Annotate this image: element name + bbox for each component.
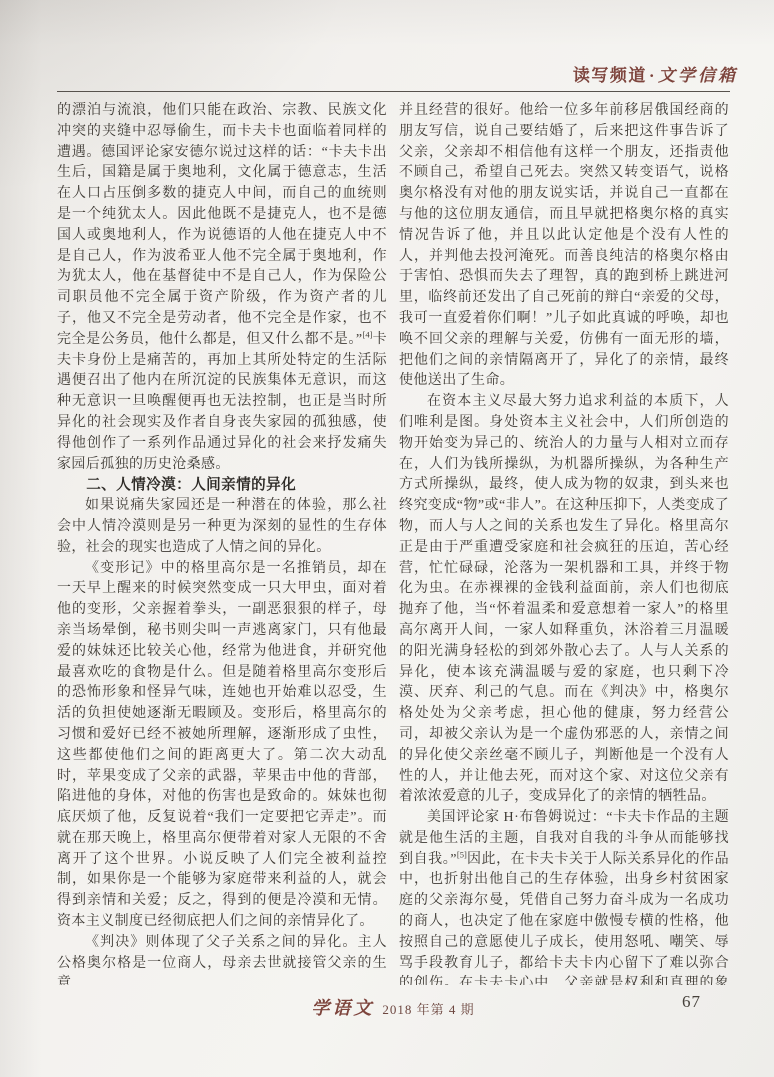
paragraph: 《变形记》中的格里高尔是一名推销员，却在一天早上醒来的时候突然变成一只大甲虫，面…	[57, 559, 387, 933]
article-body: 的漂泊与流浪，他们只能在政治、宗教、民族文化冲突的夹缝中忍辱偷生，而卡夫卡也面临…	[57, 101, 729, 985]
paragraph-text: 卡夫卡身份上是痛苦的，再加上其所处特定的生活际遇便召出了他内在所沉淀的民族集体无…	[57, 332, 387, 472]
journal-logo: 学语文	[311, 998, 374, 1019]
section-heading: 二、人情冷漠：人间亲情的异化	[57, 475, 387, 496]
journal-imprint: 学语文2018 年第 4 期	[57, 994, 729, 1020]
page-number: 67	[682, 992, 701, 1012]
paragraph-continuation-left: 的漂泊与流浪，他们只能在政治、宗教、民族文化冲突的夹缝中忍辱偷生，而卡夫卡也面临…	[57, 101, 387, 475]
right-column: 并且经营的很好。他给一位多年前移居俄国经商的朋友写信，说自己要结婚了，后来把这件…	[399, 101, 729, 985]
paragraph-continuation-right: 并且经营的很好。他给一位多年前移居俄国经商的朋友写信，说自己要结婚了，后来把这件…	[399, 101, 729, 392]
column-title: 文学信箱	[658, 66, 738, 86]
paragraph-text: 的漂泊与流浪，他们只能在政治、宗教、民族文化冲突的夹缝中忍辱偷生，而卡夫卡也面临…	[57, 103, 387, 347]
header-divider	[57, 91, 730, 92]
header-separator: ·	[647, 66, 658, 85]
paragraph: 在资本主义尽最大努力追求利益的本质下，人们唯利是图。身处资本主义社会中，人们所创…	[399, 392, 729, 808]
page-footer: 学语文2018 年第 4 期 67	[57, 994, 729, 1018]
citation-marker-5: [5]	[457, 849, 467, 859]
left-column: 的漂泊与流浪，他们只能在政治、宗教、民族文化冲突的夹缝中忍辱偷生，而卡夫卡也面临…	[57, 101, 387, 985]
paragraph-text: 因此，在卡夫卡关于人际关系异化的作品中，也折射出他自己的生存体验，出身乡村贫困家…	[399, 852, 729, 985]
citation-marker-4: [4]	[363, 329, 373, 339]
paragraph: 《判决》则体现了父子关系之间的异化。主人公格奥尔格是一位商人，母亲去世就接管父亲…	[57, 933, 387, 985]
paragraph: 美国评论家 H·布鲁姆说过：“卡夫卡作品的主题就是他生活的主题，自我对自我的斗争…	[399, 808, 729, 985]
channel-title: 读写频道	[573, 66, 647, 85]
journal-issue: 2018 年第 4 期	[382, 1002, 474, 1017]
journal-page: 读写频道·文学信箱 的漂泊与流浪，他们只能在政治、宗教、民族文化冲突的夹缝中忍辱…	[0, 0, 774, 1077]
paragraph: 如果说痛失家园还是一种潜在的体验，那么社会中人情冷漠则是另一种更为深刻的显性的生…	[57, 496, 387, 558]
running-head: 读写频道·文学信箱	[573, 61, 738, 86]
